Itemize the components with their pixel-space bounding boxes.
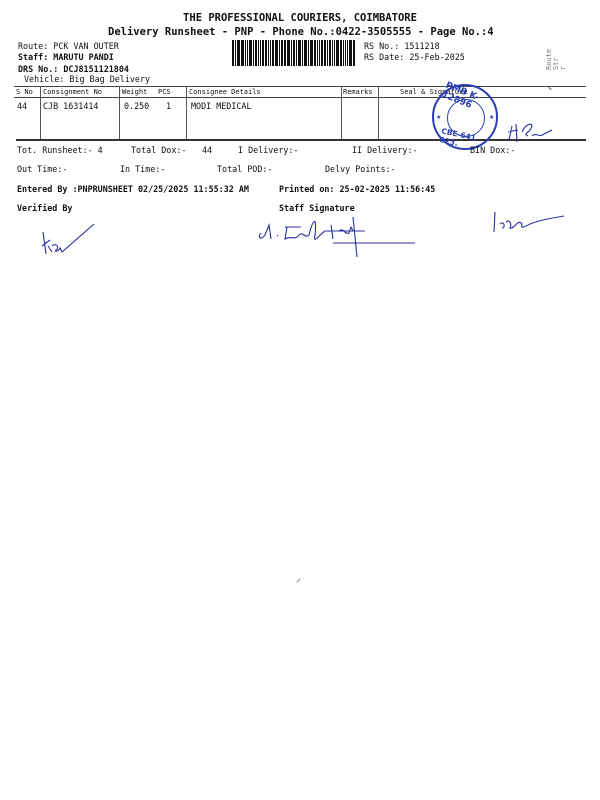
- stamp-star-left: ★: [436, 114, 441, 121]
- total-dox-value: 44: [202, 145, 212, 155]
- entered-by: Entered By :PNPRUNSHEET 02/25/2025 11:55…: [17, 184, 249, 194]
- route-label: Route: PCK VAN OUTER: [18, 41, 119, 51]
- delvy-points: Delvy Points:-: [325, 164, 396, 174]
- rs-date-label: RS Date: 25-Feb-2025: [364, 52, 465, 62]
- stamp-star-right: ★: [489, 114, 494, 121]
- table-header-border: [14, 97, 586, 98]
- i-delivery: I Delivery:-: [238, 145, 299, 155]
- receiver-signature: [506, 118, 556, 146]
- barcode: [232, 40, 356, 66]
- company-title: THE PROFESSIONAL COURIERS, COIMBATORE: [0, 12, 600, 24]
- col-divider-5: [378, 86, 379, 139]
- out-time: Out Time:-: [17, 164, 67, 174]
- th-s-no: S No: [16, 88, 33, 96]
- tot-runsheet: Tot. Runsheet:- 4: [17, 145, 103, 155]
- th-consignment-no: Consignment No: [43, 88, 102, 96]
- in-time: In Time:-: [120, 164, 165, 174]
- staff-signature: [255, 205, 425, 265]
- runsheet-subtitle: Delivery Runsheet - PNP - Phone No.:0422…: [108, 26, 494, 38]
- col-divider-2: [119, 86, 120, 139]
- vehicle-label: Vehicle: Big Bag Delivery: [24, 74, 150, 84]
- verified-by-label: Verified By: [17, 203, 72, 213]
- th-pcs: PCS: [158, 88, 171, 96]
- col-divider-3: [186, 86, 187, 139]
- col-divider-1: [40, 86, 41, 139]
- printed-on: Printed on: 25-02-2025 11:56:45: [279, 184, 435, 194]
- cell-s-no: 44: [17, 101, 27, 111]
- cell-consignee: MODI MEDICAL: [191, 101, 252, 111]
- third-signature: [490, 208, 570, 238]
- stray-mark-lower: [296, 578, 300, 582]
- th-consignee-details: Consignee Details: [189, 88, 261, 96]
- th-remarks: Remarks: [343, 88, 373, 96]
- ii-delivery: II Delivery:-: [352, 145, 418, 155]
- col-divider-4: [341, 86, 342, 139]
- total-dox-label: Total Dox:-: [131, 145, 186, 155]
- cell-consignment-no: CJB 1631414: [43, 101, 98, 111]
- cell-weight: 0.250: [124, 101, 149, 111]
- table-bottom-border: [16, 139, 586, 141]
- verifier-signature: [38, 222, 98, 262]
- staff-label: Staff: MARUTU PANDI: [18, 52, 114, 62]
- rs-no-label: RS No.: 1511218: [364, 41, 440, 51]
- table-top-border: [14, 86, 586, 87]
- seal-stamp: PMB K-12896 CBE-641 023. ★ ★: [432, 84, 498, 150]
- drs-no-label: DRS No.: DCJ8151121804: [18, 64, 129, 74]
- bin-dox: BIN Dox:-: [470, 145, 515, 155]
- stray-mark: [548, 87, 552, 90]
- th-weight: Weight: [122, 88, 147, 96]
- cell-pcs: 1: [166, 101, 171, 111]
- margin-note: Route Str r: [546, 49, 567, 70]
- total-pod: Total POD:-: [217, 164, 272, 174]
